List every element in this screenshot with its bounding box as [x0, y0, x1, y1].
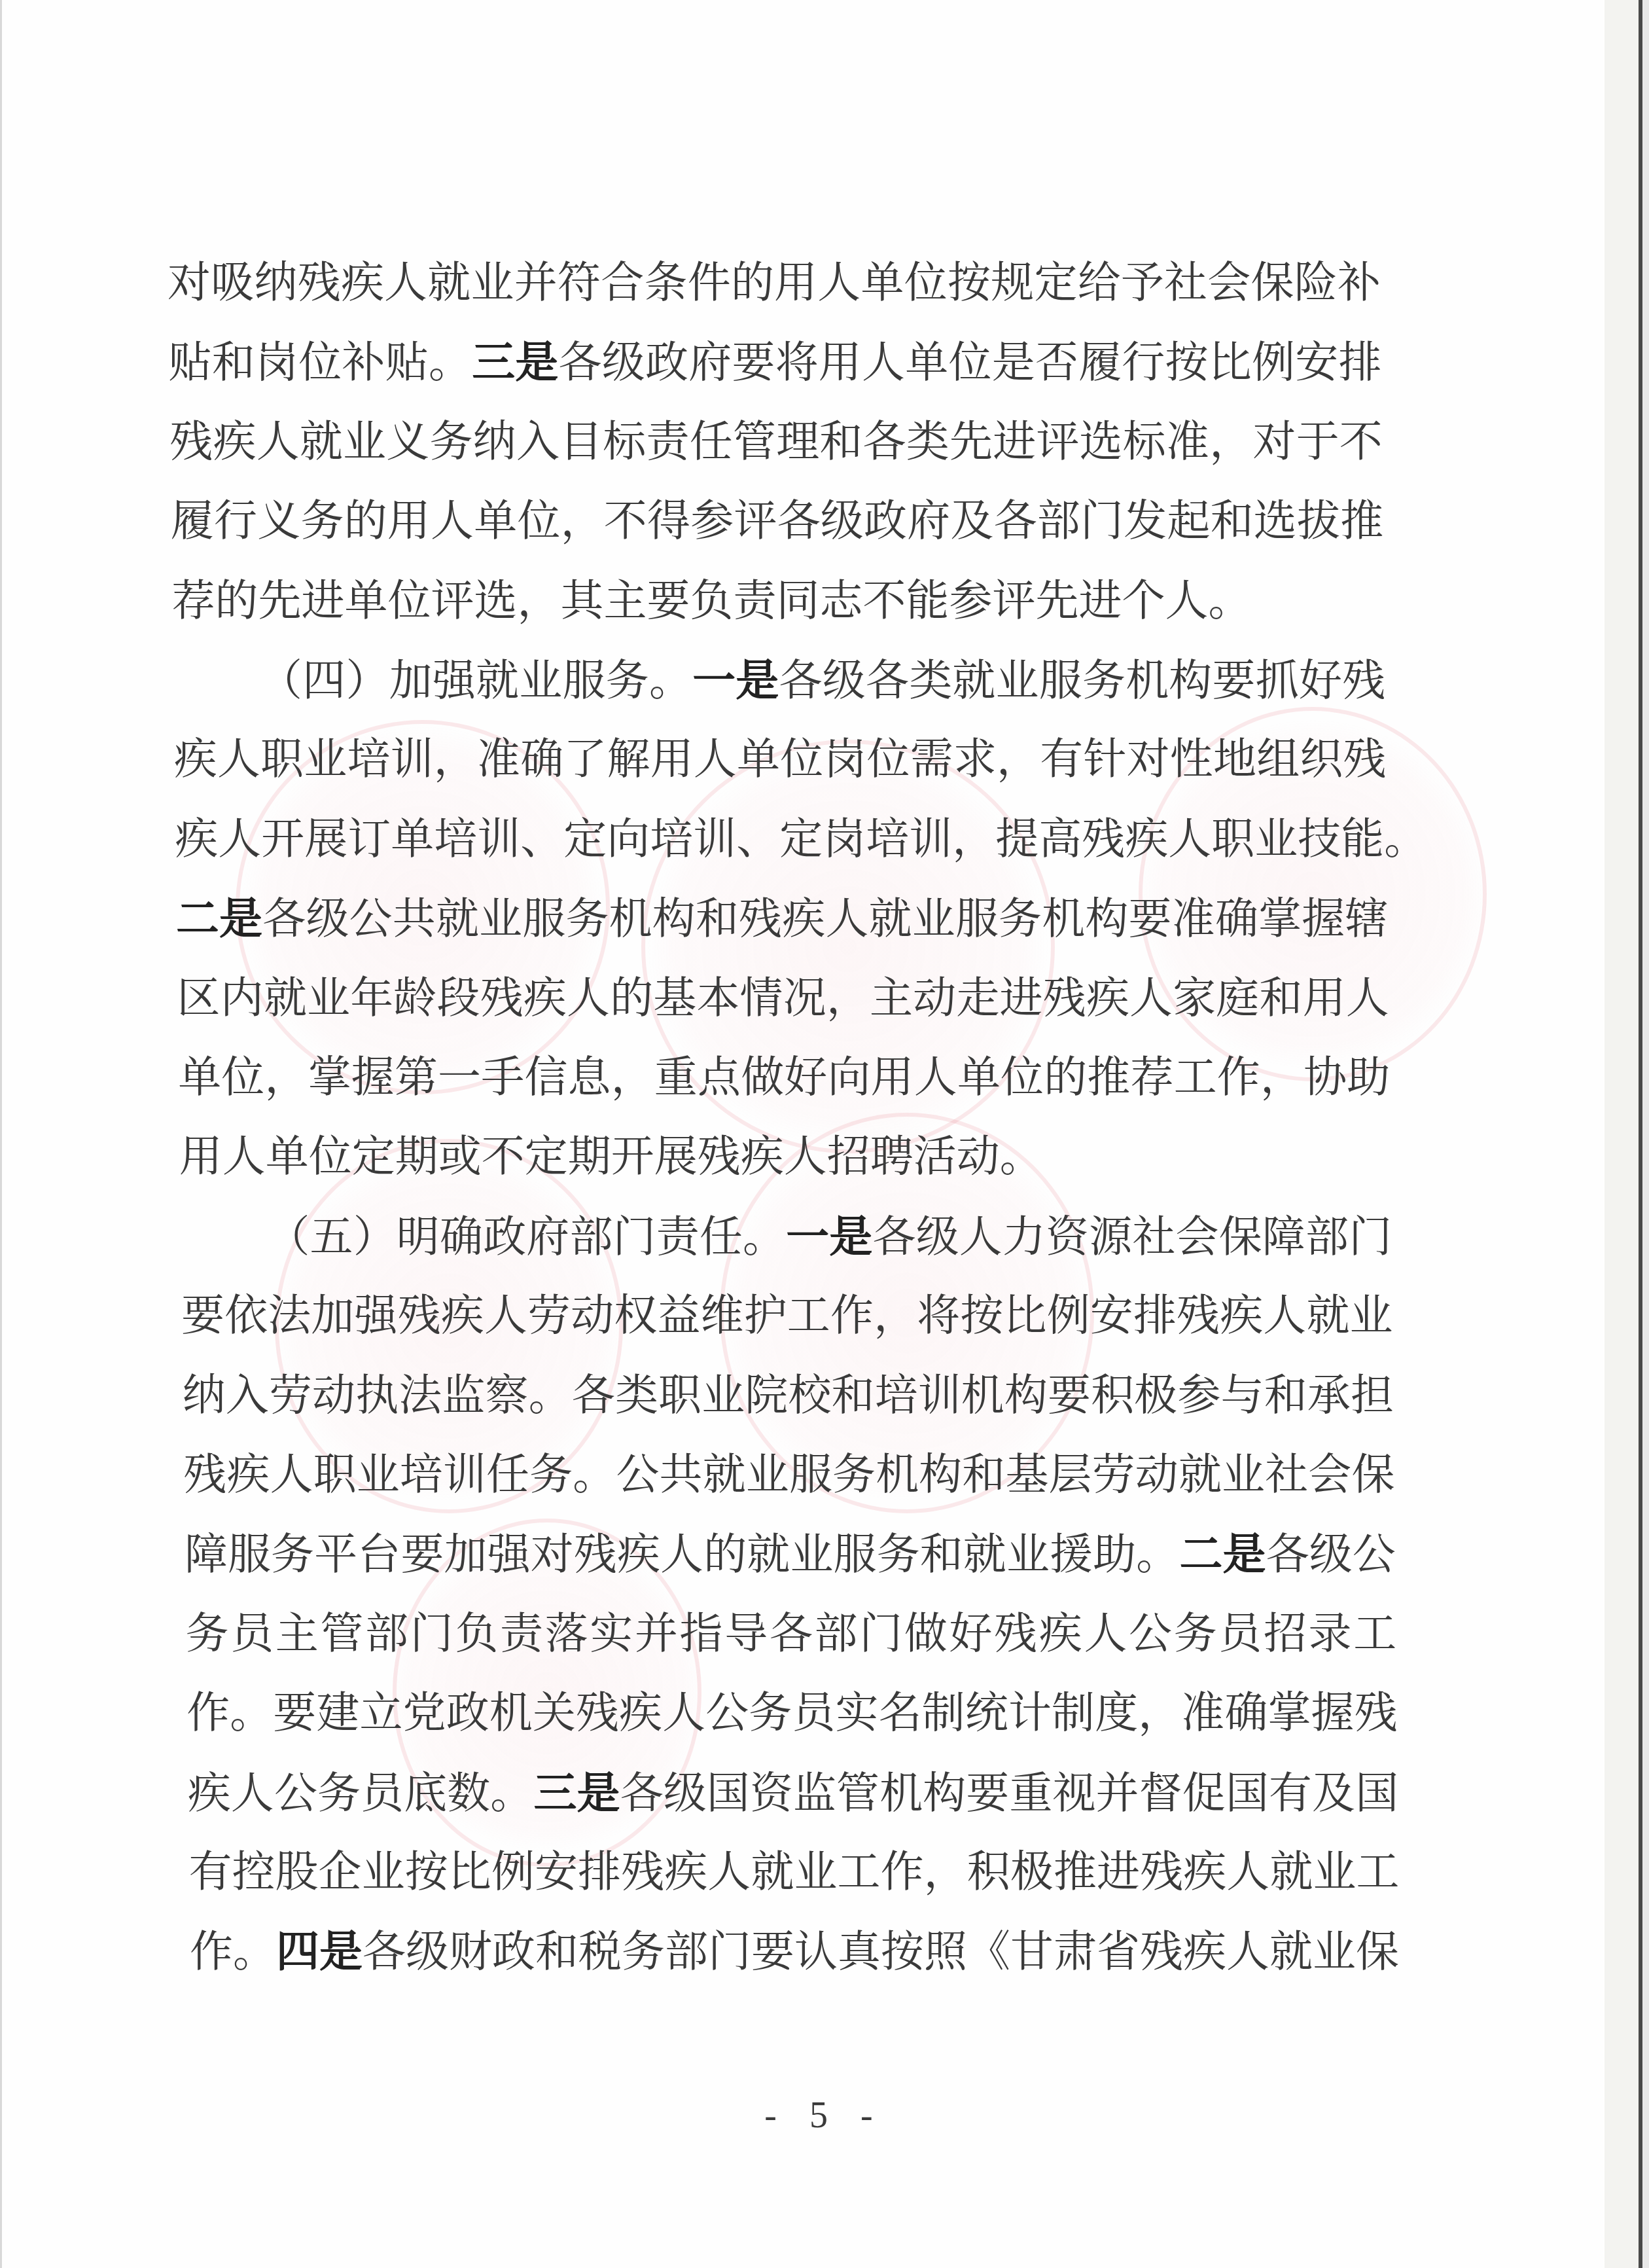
text-line: 要依法加强残疾人劳动权益维护工作，将按比例安排残疾人就业: [181, 1289, 1393, 1342]
text-run: 荐的先进单位评选，其主要负责同志不能参评先进个人。: [171, 575, 1251, 626]
text-line: 贴和岗位补贴。三是各级政府要将用人单位是否履行按比例安排: [169, 336, 1382, 388]
text-line: 单位，掌握第一手信息，重点做好向用人单位的推荐工作，协助: [178, 1051, 1390, 1104]
text-line: 履行义务的用人单位，不得参评各级政府及各部门发起和选拔推: [171, 495, 1383, 547]
text-run: 各级各类就业服务机构要抓好残: [779, 655, 1386, 706]
text-line: 用人单位定期或不定期开展残疾人招聘活动。: [179, 1130, 1043, 1183]
text-run: 各级财政和税务部门要认真按照《甘肃省残疾人就业保: [363, 1926, 1399, 1977]
emphasis-marker: 四是: [276, 1926, 363, 1977]
text-line: 残疾人职业培训任务。公共就业服务机构和基层劳动就业社会保: [183, 1449, 1394, 1501]
emphasis-marker: 三是: [533, 1767, 620, 1818]
text-run: 有控股企业按比例安排残疾人就业工作，积极推进残疾人就业工: [188, 1846, 1399, 1897]
text-run: 履行义务的用人单位，不得参评各级政府及各部门发起和选拔推: [171, 495, 1383, 546]
text-run: 单位，掌握第一手信息，重点做好向用人单位的推荐工作，协助: [178, 1052, 1390, 1102]
text-run: 贴和岗位补贴。: [169, 337, 472, 387]
emphasis-marker: 三是: [472, 336, 558, 387]
document-body: 对吸纳残疾人就业并符合条件的用人单位按规定给予社会保险补贴和岗位补贴。三是各级政…: [0, 0, 1649, 2268]
emphasis-marker: 二是: [1179, 1528, 1266, 1579]
text-line: （四）加强就业服务。一是各级各类就业服务机构要抓好残: [259, 654, 1385, 706]
text-run: 各级国资监管机构要重视并督促国有及国: [620, 1768, 1399, 1818]
text-line: 作。四是各级财政和税务部门要认真按照《甘肃省残疾人就业保: [190, 1925, 1399, 1977]
text-run: 区内就业年龄段残疾人的基本情况，主动走进残疾人家庭和用人: [177, 973, 1389, 1023]
text-line: 有控股企业按比例安排残疾人就业工作，积极推进残疾人就业工: [188, 1846, 1399, 1898]
page-number: - 5 -: [746, 2095, 903, 2136]
text-line: 务员主管部门负责落实并指导各部门做好残疾人公务员招录工: [186, 1608, 1397, 1660]
text-line: 荐的先进单位评选，其主要负责同志不能参评先进个人。: [171, 575, 1251, 627]
text-run: 纳入劳动执法监察。各类职业院校和培训机构要积极参与和承担: [183, 1370, 1394, 1420]
text-line: 障服务平台要加强对残疾人的就业服务和就业援助。二是各级公: [185, 1528, 1396, 1580]
text-run: （四）加强就业服务。: [259, 655, 692, 706]
emphasis-marker: 一是: [692, 655, 779, 706]
text-run: （五）明确政府部门责任。: [266, 1212, 786, 1262]
text-run: 障服务平台要加强对残疾人的就业服务和就业援助。: [185, 1529, 1180, 1579]
text-run: 疾人公务员底数。: [188, 1768, 534, 1818]
text-run: 残疾人职业培训任务。公共就业服务机构和基层劳动就业社会保: [183, 1449, 1394, 1500]
text-run: 各级政府要将用人单位是否履行按比例安排: [559, 337, 1382, 387]
text-run: 疾人职业培训，准确了解用人单位岗位需求，有针对性地组织残: [174, 734, 1387, 784]
text-run: 各级公: [1266, 1529, 1396, 1579]
text-line: 区内就业年龄段残疾人的基本情况，主动走进残疾人家庭和用人: [177, 972, 1389, 1024]
text-run: 要依法加强残疾人劳动权益维护工作，将按比例安排残疾人就业: [181, 1290, 1393, 1341]
text-line: 对吸纳残疾人就业并符合条件的用人单位按规定给予社会保险补: [168, 257, 1381, 309]
text-run: 残疾人就业义务纳入目标责任管理和各类先进评选标准，对于不: [169, 416, 1383, 467]
text-line: 疾人开展订单培训、定向培训、定岗培训，提高残疾人职业技能。: [175, 813, 1387, 865]
text-run: 对吸纳残疾人就业并符合条件的用人单位按规定给予社会保险补: [168, 257, 1381, 308]
text-line: 疾人公务员底数。三是各级国资监管机构要重视并督促国有及国: [188, 1767, 1398, 1819]
emphasis-marker: 一是: [786, 1211, 872, 1262]
text-line: 纳入劳动执法监察。各类职业院校和培训机构要积极参与和承担: [183, 1369, 1394, 1422]
scanned-page: 对吸纳残疾人就业并符合条件的用人单位按规定给予社会保险补贴和岗位补贴。三是各级政…: [0, 0, 1649, 2268]
text-run: 疾人开展订单培训、定向培训、定岗培训，提高残疾人职业技能。: [175, 814, 1427, 864]
emphasis-marker: 二是: [176, 893, 262, 944]
text-run: 作。要建立党政机关残疾人公务员实名制统计制度，准确掌握残: [186, 1687, 1398, 1738]
text-run: 各级公共就业服务机构和残疾人就业服务机构要准确掌握辖: [262, 893, 1388, 944]
text-run: 作。: [190, 1926, 276, 1977]
text-run: 各级人力资源社会保障部门: [873, 1212, 1392, 1262]
text-run: 务员主管部门负责落实并指导各部门做好残疾人公务员招录工: [186, 1608, 1397, 1659]
text-line: 疾人职业培训，准确了解用人单位岗位需求，有针对性地组织残: [174, 733, 1387, 785]
text-line: 二是各级公共就业服务机构和残疾人就业服务机构要准确掌握辖: [176, 892, 1388, 945]
text-line: （五）明确政府部门责任。一是各级人力资源社会保障部门: [266, 1210, 1392, 1263]
text-run: 用人单位定期或不定期开展残疾人招聘活动。: [179, 1131, 1043, 1181]
text-line: 作。要建立党政机关残疾人公务员实名制统计制度，准确掌握残: [186, 1687, 1398, 1739]
text-line: 残疾人就业义务纳入目标责任管理和各类先进评选标准，对于不: [169, 416, 1383, 468]
